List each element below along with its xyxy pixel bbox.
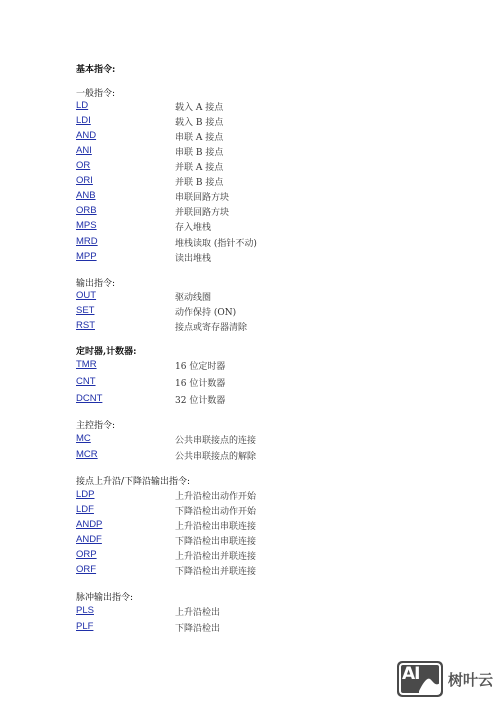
command-link-ldi[interactable]: LDI — [76, 115, 91, 126]
command-link-mps[interactable]: MPS — [76, 220, 97, 231]
command-link-plf[interactable]: PLF — [76, 621, 93, 632]
list-item: MC 公共串联接点的连接 — [76, 433, 376, 447]
document-title: 基本指令: — [76, 62, 115, 75]
list-item: MPP 读出堆栈 — [76, 251, 376, 265]
command-link-pls[interactable]: PLS — [76, 605, 94, 616]
command-description: 载入 B 接点 — [175, 115, 223, 128]
list-item: MCR 公共串联接点的解除 — [76, 449, 376, 463]
section-heading-general: 一般指令: — [76, 86, 115, 99]
logo-ai-label: AI — [402, 664, 419, 684]
command-description: 驱动线圈 — [175, 290, 211, 303]
command-description: 上升沿检出 — [175, 605, 220, 618]
list-item: MRD 堆栈读取 (指针不动) — [76, 236, 376, 250]
command-link-set[interactable]: SET — [76, 305, 94, 316]
command-description: 上升沿检出动作开始 — [175, 489, 256, 502]
command-description: 并联 B 接点 — [175, 175, 223, 188]
command-description: 公共串联接点的连接 — [175, 433, 256, 446]
command-description: 动作保持 (ON) — [175, 305, 236, 318]
watermark-logo: AI 树叶云 — [397, 660, 493, 698]
command-link-andp[interactable]: ANDP — [76, 519, 102, 530]
section-heading-pulse-output: 脉冲输出指令: — [76, 590, 133, 603]
list-item: RST 接点或寄存器清除 — [76, 320, 376, 334]
list-item: ORF 下降沿检出并联连接 — [76, 564, 376, 578]
list-item: CNT 16 位计数器 — [76, 376, 376, 390]
image-mountain-icon: AI — [397, 661, 443, 697]
command-description: 上升沿检出串联连接 — [175, 519, 256, 532]
command-description: 并联 A 接点 — [175, 160, 223, 173]
list-item: TMR 16 位定时器 — [76, 359, 376, 373]
list-item: ORI 并联 B 接点 — [76, 175, 376, 189]
command-description: 串联回路方块 — [175, 190, 229, 203]
list-item: LDF 下降沿检出动作开始 — [76, 504, 376, 518]
command-link-mc[interactable]: MC — [76, 433, 91, 444]
command-description: 下降沿检出串联连接 — [175, 534, 256, 547]
command-description: 上升沿检出并联连接 — [175, 549, 256, 562]
command-link-orb[interactable]: ORB — [76, 205, 97, 216]
command-link-cnt[interactable]: CNT — [76, 376, 96, 387]
list-item: ORB 并联回路方块 — [76, 205, 376, 219]
command-description: 接点或寄存器清除 — [175, 320, 247, 333]
list-item: OR 并联 A 接点 — [76, 160, 376, 174]
command-description: 下降沿检出并联连接 — [175, 564, 256, 577]
list-item: ANDF 下降沿检出串联连接 — [76, 534, 376, 548]
list-item: ANB 串联回路方块 — [76, 190, 376, 204]
document-page: 基本指令: 一般指令: LD 载入 A 接点 LDI 载入 B 接点 AND 串… — [0, 0, 500, 708]
command-link-ori[interactable]: ORI — [76, 175, 93, 186]
command-description: 32 位计数器 — [175, 393, 225, 406]
command-description: 存入堆栈 — [175, 220, 211, 233]
brand-name: 树叶云 — [448, 669, 493, 690]
command-link-out[interactable]: OUT — [76, 290, 96, 301]
command-link-tmr[interactable]: TMR — [76, 359, 97, 370]
list-item: PLS 上升沿检出 — [76, 605, 376, 619]
command-link-mpp[interactable]: MPP — [76, 251, 97, 262]
list-item: ANI 串联 B 接点 — [76, 145, 376, 159]
list-item: ORP 上升沿检出并联连接 — [76, 549, 376, 563]
list-item: SET 动作保持 (ON) — [76, 305, 376, 319]
command-description: 读出堆栈 — [175, 251, 211, 264]
command-description: 下降沿检出动作开始 — [175, 504, 256, 517]
command-link-dcnt[interactable]: DCNT — [76, 393, 102, 404]
section-heading-timer-counter: 定时器,计数器: — [76, 344, 136, 357]
section-heading-output: 输出指令: — [76, 276, 115, 289]
section-heading-edge-detect: 接点上升沿/下降沿输出指令: — [76, 474, 190, 487]
list-item: PLF 下降沿检出 — [76, 621, 376, 635]
command-description: 公共串联接点的解除 — [175, 449, 256, 462]
command-description: 串联 B 接点 — [175, 145, 223, 158]
list-item: MPS 存入堆栈 — [76, 220, 376, 234]
command-link-ldp[interactable]: LDP — [76, 489, 94, 500]
command-link-ld[interactable]: LD — [76, 100, 88, 111]
command-description: 串联 A 接点 — [175, 130, 223, 143]
command-link-andf[interactable]: ANDF — [76, 534, 102, 545]
command-description: 16 位定时器 — [175, 359, 225, 372]
list-item: AND 串联 A 接点 — [76, 130, 376, 144]
list-item: ANDP 上升沿检出串联连接 — [76, 519, 376, 533]
command-link-orp[interactable]: ORP — [76, 549, 97, 560]
command-description: 堆栈读取 (指针不动) — [175, 236, 257, 249]
command-description: 并联回路方块 — [175, 205, 229, 218]
command-description: 16 位计数器 — [175, 376, 225, 389]
command-link-orf[interactable]: ORF — [76, 564, 96, 575]
list-item: LDP 上升沿检出动作开始 — [76, 489, 376, 503]
list-item: DCNT 32 位计数器 — [76, 393, 376, 407]
command-link-mrd[interactable]: MRD — [76, 236, 98, 247]
command-link-anb[interactable]: ANB — [76, 190, 96, 201]
section-heading-master-control: 主控指令: — [76, 418, 115, 431]
command-link-mcr[interactable]: MCR — [76, 449, 98, 460]
command-link-and[interactable]: AND — [76, 130, 96, 141]
command-description: 下降沿检出 — [175, 621, 220, 634]
command-description: 载入 A 接点 — [175, 100, 223, 113]
command-link-rst[interactable]: RST — [76, 320, 95, 331]
command-link-ani[interactable]: ANI — [76, 145, 92, 156]
command-link-ldf[interactable]: LDF — [76, 504, 94, 515]
command-link-or[interactable]: OR — [76, 160, 90, 171]
list-item: LDI 载入 B 接点 — [76, 115, 376, 129]
list-item: LD 载入 A 接点 — [76, 100, 376, 114]
list-item: OUT 驱动线圈 — [76, 290, 376, 304]
